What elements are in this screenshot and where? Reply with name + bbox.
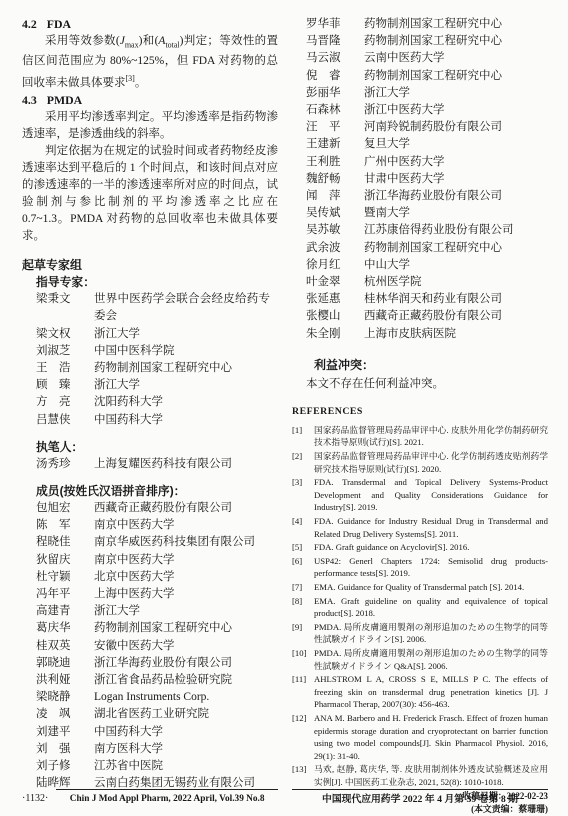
- section-4-2-heading: 4.2FDA: [22, 16, 278, 33]
- member-name: 倪 睿: [306, 68, 354, 85]
- reference-item: [13] 马欢, 赵静, 葛庆华, 等. 皮肤用制剂体外透皮试验概述及应用实例[…: [292, 763, 548, 788]
- member-affiliation: 浙江省食品药品检验研究院: [94, 672, 232, 689]
- member-affiliation: 中国药科大学: [94, 724, 163, 741]
- member-name: 刘建平: [36, 724, 84, 741]
- reference-text: PMDA. 局所皮膚適用製剤の剤形追加のための生物学的同等性試験ガイドライン Q…: [314, 647, 548, 672]
- advisor-name: 顾 臻: [36, 377, 84, 394]
- member-affiliation: 河南羚锐制药股份有限公司: [364, 119, 502, 136]
- reference-text: FDA. Transdermal and Topical Delivery Sy…: [314, 476, 548, 514]
- member-affiliation: 桂林华润天和药业有限公司: [364, 291, 502, 308]
- advisor-row: 梁秉文 世界中医药学会联合会经皮给药专委会: [36, 291, 278, 325]
- member-row: 葛庆华 药物制剂国家工程研究中心: [36, 620, 278, 637]
- member-affiliation: 南京中医药大学: [94, 552, 175, 569]
- member-name: 王建新: [306, 136, 354, 153]
- writers-list: 汤秀珍 上海复耀医药科技有限公司: [36, 456, 278, 473]
- conflict-of-interest-text: 本文不存在任何利益冲突。: [306, 376, 548, 393]
- member-row: 王利胜 广州中医药大学: [306, 154, 548, 171]
- section-title: FDA: [47, 17, 71, 31]
- member-row: 武余波 药物制剂国家工程研究中心: [306, 240, 548, 257]
- member-row: 刘建平 中国药科大学: [36, 724, 278, 741]
- expert-group-heading: 起草专家组: [22, 257, 278, 274]
- writer-affiliation: 上海复耀医药科技有限公司: [94, 456, 232, 473]
- paragraph-text: )和(: [139, 35, 159, 47]
- advisor-affiliation: 药物制剂国家工程研究中心: [94, 360, 232, 377]
- advisor-affiliation: 中国药科大学: [94, 412, 163, 429]
- member-affiliation: 安徽中医药大学: [94, 638, 175, 655]
- section-4-3-heading: 4.3PMDA: [22, 92, 278, 109]
- pmda-paragraph-2: 判定依据为在规定的试验时间或者药物经皮渗透速率达到平稳后的 1 个时间点，和该时…: [22, 143, 278, 245]
- reference-number: [6]: [292, 555, 314, 580]
- member-affiliation: 复旦大学: [364, 136, 410, 153]
- section-number: 4.2: [22, 17, 37, 31]
- writer-row: 汤秀珍 上海复耀医药科技有限公司: [36, 456, 278, 473]
- advisor-row: 王 浩 药物制剂国家工程研究中心: [36, 360, 278, 377]
- member-name: 吴苏敏: [306, 222, 354, 239]
- member-affiliation: 药物制剂国家工程研究中心: [364, 33, 502, 50]
- member-name: 陈 军: [36, 517, 84, 534]
- members-heading: 成员(按姓氏汉语拼音排序)：: [36, 483, 278, 500]
- member-name: 冯年平: [36, 586, 84, 603]
- member-row: 程晓佳 南京华威医药科技集团有限公司: [36, 534, 278, 551]
- atotal-subscript: total: [165, 40, 179, 49]
- paragraph-text: 采用等效参数(: [45, 35, 120, 47]
- references-heading: REFERENCES: [292, 405, 548, 419]
- member-affiliation: 西藏奇正藏药股份有限公司: [94, 500, 232, 517]
- advisor-row: 吕慧侠 中国药科大学: [36, 412, 278, 429]
- reference-number: [9]: [292, 621, 314, 646]
- reference-number: [4]: [292, 515, 314, 540]
- spacer: [22, 429, 278, 439]
- member-row: 徐月红 中山大学: [306, 257, 548, 274]
- advisor-affiliation: 沈阳药科大学: [94, 394, 163, 411]
- reference-item: [11] AHLSTROM L A, CROSS S E, MILLS P C.…: [292, 673, 548, 711]
- member-row: 倪 睿 药物制剂国家工程研究中心: [306, 68, 548, 85]
- member-name: 刘子修: [36, 758, 84, 775]
- member-affiliation: 浙江华海药业股份有限公司: [94, 655, 232, 672]
- reference-item: [5] FDA. Graft guidance on Acyclovir[S].…: [292, 541, 548, 554]
- member-row: 彭丽华 浙江大学: [306, 85, 548, 102]
- member-name: 梁晓静: [36, 689, 84, 706]
- member-affiliation: 上海中医药大学: [94, 586, 175, 603]
- member-affiliation: 杭州医学院: [364, 274, 422, 291]
- advisor-row: 方 亮 沈阳药科大学: [36, 394, 278, 411]
- reference-text: AHLSTROM L A, CROSS S E, MILLS P C. The …: [314, 673, 548, 711]
- member-row: 狄留庆 南京中医药大学: [36, 552, 278, 569]
- advisor-row: 梁文权 浙江大学: [36, 326, 278, 343]
- member-row: 马晋隆 药物制剂国家工程研究中心: [306, 33, 548, 50]
- reference-item: [9] PMDA. 局所皮膚適用製剤の剤形追加のための生物学的同等性試験ガイドラ…: [292, 621, 548, 646]
- member-row: 马云淑 云南中医药大学: [306, 50, 548, 67]
- section-title: PMDA: [47, 93, 82, 107]
- reference-text: ANA M. Barbero and H. Frederick Frasch. …: [314, 712, 548, 762]
- reference-item: [3] FDA. Transdermal and Topical Deliver…: [292, 476, 548, 514]
- member-row: 梁晓静 Logan Instruments Corp.: [36, 689, 278, 706]
- member-name: 徐月红: [306, 257, 354, 274]
- member-row: 王建新 复旦大学: [306, 136, 548, 153]
- member-name: 马云淑: [306, 50, 354, 67]
- reference-item: [10] PMDA. 局所皮膚適用製剤の剤形追加のための生物学的同等性試験ガイド…: [292, 647, 548, 672]
- member-name: 武余波: [306, 240, 354, 257]
- member-name: 洪利娅: [36, 672, 84, 689]
- reference-text: FDA. Guidance for Industry Residual Drug…: [314, 515, 548, 540]
- member-row: 石森林 浙江中医药大学: [306, 102, 548, 119]
- member-affiliation: 浙江大学: [94, 603, 140, 620]
- member-name: 汪 平: [306, 119, 354, 136]
- member-affiliation: 药物制剂国家工程研究中心: [364, 16, 502, 33]
- reference-item: [4] FDA. Guidance for Industry Residual …: [292, 515, 548, 540]
- advisor-name: 梁秉文: [36, 291, 84, 308]
- member-name: 包旭宏: [36, 500, 84, 517]
- member-name: 高建青: [36, 603, 84, 620]
- reference-number: [3]: [292, 476, 314, 514]
- member-affiliation: 浙江中医药大学: [364, 102, 445, 119]
- member-name: 闻 萍: [306, 188, 354, 205]
- reference-text: PMDA. 局所皮膚適用製剤の剤形追加のための生物学的同等性試験ガイドライン[S…: [314, 621, 548, 646]
- page-footer: ·1132· Chin J Mod Appl Pharm, 2022 April…: [22, 789, 548, 806]
- member-name: 张樱山: [306, 308, 354, 325]
- member-row: 魏舒畅 甘肃中医药大学: [306, 171, 548, 188]
- member-name: 桂双英: [36, 638, 84, 655]
- writer-name: 汤秀珍: [36, 456, 84, 473]
- member-row: 杜守颖 北京中医药大学: [36, 569, 278, 586]
- member-affiliation: 上海市皮肤病医院: [364, 326, 456, 343]
- journal-citation-en: Chin J Mod Appl Pharm, 2022 April, Vol.3…: [56, 789, 278, 806]
- member-affiliation: 中山大学: [364, 257, 410, 274]
- member-name: 张延惠: [306, 291, 354, 308]
- advisor-name: 梁文权: [36, 326, 84, 343]
- reference-text: FDA. Graft guidance on Acyclovir[S]. 201…: [314, 541, 548, 554]
- member-row: 高建青 浙江大学: [36, 603, 278, 620]
- member-name: 朱全刚: [306, 326, 354, 343]
- member-row: 叶金翠 杭州医学院: [306, 274, 548, 291]
- member-row: 洪利娅 浙江省食品药品检验研究院: [36, 672, 278, 689]
- reference-number: [5]: [292, 541, 314, 554]
- member-row: 张延惠 桂林华润天和药业有限公司: [306, 291, 548, 308]
- writers-heading: 执笔人：: [36, 439, 278, 456]
- member-row: 包旭宏 西藏奇正藏药股份有限公司: [36, 500, 278, 517]
- advisor-affiliation: 世界中医药学会联合会经皮给药专委会: [94, 291, 270, 325]
- reference-number: [12]: [292, 712, 314, 762]
- two-column-layout: 4.2FDA 采用等效参数(Jmax)和(Atotal)判定；等效性的置信区间范…: [22, 16, 548, 816]
- member-name: 葛庆华: [36, 620, 84, 637]
- member-affiliation: 江苏省中医院: [94, 758, 163, 775]
- fda-judgment-paragraph: 采用等效参数(Jmax)和(Atotal)判定；等效性的置信区间范围应为 80%…: [22, 33, 278, 92]
- member-affiliation: 浙江大学: [364, 85, 410, 102]
- reference-item: [12] ANA M. Barbero and H. Frederick Fra…: [292, 712, 548, 762]
- reference-number: [1]: [292, 424, 314, 449]
- advisor-affiliation: 中国中医科学院: [94, 343, 175, 360]
- member-row: 吴苏敏 江苏康倍得药业股份有限公司: [306, 222, 548, 239]
- jmax-subscript: max: [125, 40, 139, 49]
- member-affiliation: 云南中医药大学: [364, 50, 445, 67]
- member-affiliation: 药物制剂国家工程研究中心: [94, 620, 232, 637]
- conflict-of-interest-heading: 利益冲突：: [314, 357, 548, 374]
- member-name: 罗华菲: [306, 16, 354, 33]
- member-name: 魏舒畅: [306, 171, 354, 188]
- reference-item: [1] 国家药品监督管理局药品审评中心. 皮肤外用化学仿制药研究技术指导原则(试…: [292, 424, 548, 449]
- reference-number: [2]: [292, 450, 314, 475]
- advisors-list: 梁秉文 世界中医药学会联合会经皮给药专委会 梁文权 浙江大学 刘淑芝 中国中医科…: [36, 291, 278, 429]
- member-name: 彭丽华: [306, 85, 354, 102]
- reference-number: [13]: [292, 763, 314, 788]
- left-column: 4.2FDA 采用等效参数(Jmax)和(Atotal)判定；等效性的置信区间范…: [22, 16, 278, 816]
- member-row: 冯年平 上海中医药大学: [36, 586, 278, 603]
- member-affiliation: 药物制剂国家工程研究中心: [364, 240, 502, 257]
- reference-number: [8]: [292, 595, 314, 620]
- right-column: 罗华菲 药物制剂国家工程研究中心 马晋隆 药物制剂国家工程研究中心 马云淑 云南…: [292, 16, 548, 816]
- member-name: 马晋隆: [306, 33, 354, 50]
- member-name: 郭晓迪: [36, 655, 84, 672]
- advisor-affiliation: 浙江大学: [94, 377, 140, 394]
- reference-item: [7] EMA. Guidance for Quality of Transde…: [292, 581, 548, 594]
- member-row: 汪 平 河南羚锐制药股份有限公司: [306, 119, 548, 136]
- member-row: 陈 军 南京中医药大学: [36, 517, 278, 534]
- advisor-name: 王 浩: [36, 360, 84, 377]
- advisors-heading: 指导专家：: [36, 274, 278, 291]
- advisor-name: 吕慧侠: [36, 412, 84, 429]
- reference-text: 马欢, 赵静, 葛庆华, 等. 皮肤用制剂体外透皮试验概述及应用实例[J]. 中…: [314, 763, 548, 788]
- member-row: 刘子修 江苏省中医院: [36, 758, 278, 775]
- member-name: 王利胜: [306, 154, 354, 171]
- advisor-row: 顾 臻 浙江大学: [36, 377, 278, 394]
- spacer: [22, 473, 278, 483]
- member-row: 吴传斌 暨南大学: [306, 205, 548, 222]
- member-affiliation: 浙江华海药业股份有限公司: [364, 188, 502, 205]
- reference-text: USP42: Generl Chapters 1724: Semisolid d…: [314, 555, 548, 580]
- member-row: 张樱山 西藏奇正藏药股份有限公司: [306, 308, 548, 325]
- reference-text: 国家药品监督管理局药品审评中心. 化学仿制药透皮贴剂药学研究技术指导原则(试行)…: [314, 450, 548, 475]
- member-name: 程晓佳: [36, 534, 84, 551]
- journal-citation-cn: 中国现代应用药学 2022 年 4 月第 39 卷第 8 期: [292, 789, 548, 806]
- advisor-name: 刘淑芝: [36, 343, 84, 360]
- member-name: 狄留庆: [36, 552, 84, 569]
- reference-number: [7]: [292, 581, 314, 594]
- member-row: 刘 强 南方医科大学: [36, 741, 278, 758]
- reference-number: [10]: [292, 647, 314, 672]
- advisor-row: 刘淑芝 中国中医科学院: [36, 343, 278, 360]
- member-name: 凌 飒: [36, 706, 84, 723]
- member-name: 叶金翠: [306, 274, 354, 291]
- member-affiliation: 西藏奇正藏药股份有限公司: [364, 308, 502, 325]
- member-name: 杜守颖: [36, 569, 84, 586]
- member-row: 朱全刚 上海市皮肤病医院: [306, 326, 548, 343]
- reference-text: EMA. Graft guideline on quality and equi…: [314, 595, 548, 620]
- spacer: [22, 245, 278, 257]
- member-affiliation: 湖北省医药工业研究院: [94, 706, 209, 723]
- member-name: 石森林: [306, 102, 354, 119]
- member-name: 刘 强: [36, 741, 84, 758]
- reference-text: 国家药品监督管理局药品审评中心. 皮肤外用化学仿制药研究技术指导原则(试行)[S…: [314, 424, 548, 449]
- reference-item: [8] EMA. Graft guideline on quality and …: [292, 595, 548, 620]
- member-affiliation: Logan Instruments Corp.: [94, 689, 209, 706]
- member-affiliation: 广州中医药大学: [364, 154, 445, 171]
- members-list-left: 包旭宏 西藏奇正藏药股份有限公司 陈 军 南京中医药大学 程晓佳 南京华威医药科…: [36, 500, 278, 792]
- member-row: 桂双英 安徽中医药大学: [36, 638, 278, 655]
- page-number: ·1132·: [22, 792, 56, 806]
- reference-text: EMA. Guidance for Quality of Transdermal…: [314, 581, 548, 594]
- member-affiliation: 南京中医药大学: [94, 517, 175, 534]
- section-number: 4.3: [22, 93, 37, 107]
- member-affiliation: 江苏康倍得药业股份有限公司: [364, 222, 514, 239]
- footer-left: ·1132· Chin J Mod Appl Pharm, 2022 April…: [22, 789, 278, 806]
- advisor-name: 方 亮: [36, 394, 84, 411]
- member-affiliation: 药物制剂国家工程研究中心: [364, 68, 502, 85]
- pmda-paragraph-1: 采用平均渗透率判定。平均渗透率是指药物渗透速率，是渗透曲线的斜率。: [22, 109, 278, 143]
- member-row: 闻 萍 浙江华海药业股份有限公司: [306, 188, 548, 205]
- reference-item: [2] 国家药品监督管理局药品审评中心. 化学仿制药透皮贴剂药学研究技术指导原则…: [292, 450, 548, 475]
- members-list-right: 罗华菲 药物制剂国家工程研究中心 马晋隆 药物制剂国家工程研究中心 马云淑 云南…: [306, 16, 548, 343]
- member-row: 罗华菲 药物制剂国家工程研究中心: [306, 16, 548, 33]
- member-affiliation: 南方医科大学: [94, 741, 163, 758]
- paragraph-text: 。: [135, 77, 147, 89]
- citation-3-superscript: [3]: [126, 74, 135, 83]
- member-affiliation: 北京中医药大学: [94, 569, 175, 586]
- member-row: 凌 飒 湖北省医药工业研究院: [36, 706, 278, 723]
- member-affiliation: 暨南大学: [364, 205, 410, 222]
- spacer: [292, 343, 548, 357]
- member-name: 吴传斌: [306, 205, 354, 222]
- member-affiliation: 南京华威医药科技集团有限公司: [94, 534, 255, 551]
- journal-page: 4.2FDA 采用等效参数(Jmax)和(Atotal)判定；等效性的置信区间范…: [0, 0, 568, 816]
- member-row: 郭晓迪 浙江华海药业股份有限公司: [36, 655, 278, 672]
- advisor-affiliation: 浙江大学: [94, 326, 140, 343]
- spacer: [292, 393, 548, 405]
- reference-item: [6] USP42: Generl Chapters 1724: Semisol…: [292, 555, 548, 580]
- reference-number: [11]: [292, 673, 314, 711]
- references-list: [1] 国家药品监督管理局药品审评中心. 皮肤外用化学仿制药研究技术指导原则(试…: [292, 424, 548, 789]
- member-affiliation: 甘肃中医药大学: [364, 171, 445, 188]
